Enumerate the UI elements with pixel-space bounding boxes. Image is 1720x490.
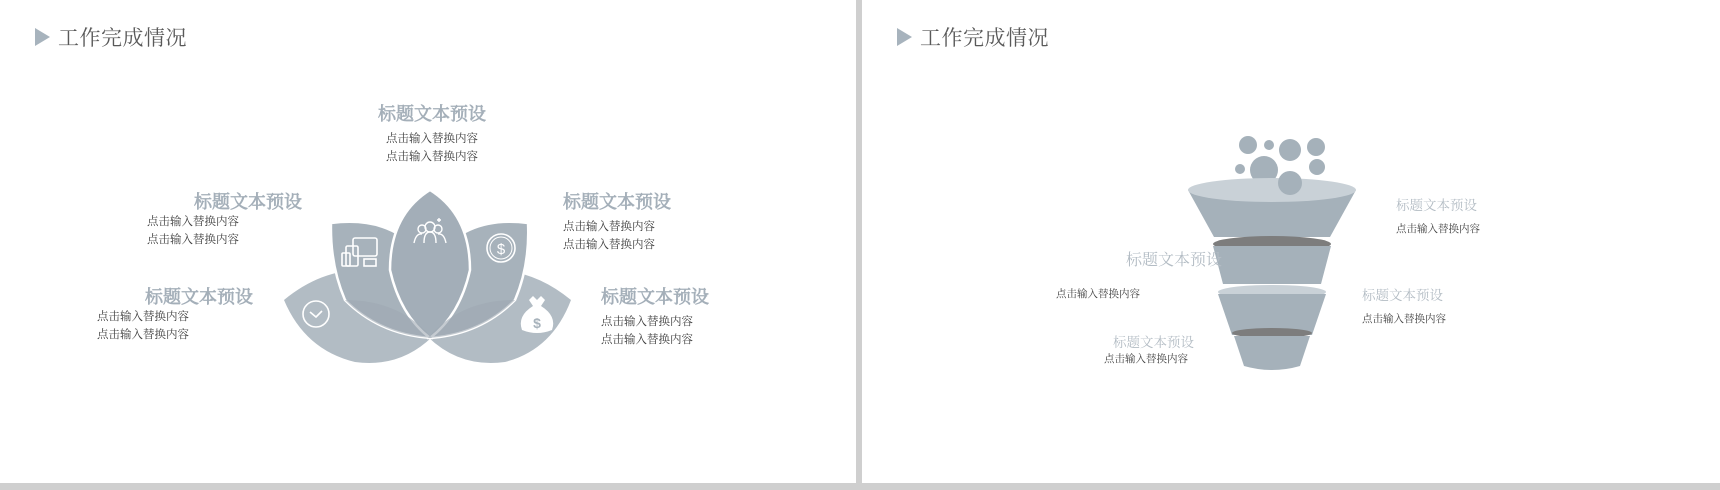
item-heading[interactable]: 标题文本预设 [1096, 247, 1222, 270]
funnel-section-2[interactable] [1213, 246, 1331, 284]
item-heading[interactable]: 标题文本预设 [96, 283, 253, 309]
slide-title-text[interactable]: 工作完成情况 [920, 22, 1049, 52]
lotus-diagram: $ $ [280, 185, 580, 370]
slide-funnel: 工作完成情况 标题文本预设 点击输入替换内容 [862, 0, 1720, 483]
text-block-lower-left[interactable]: 标题文本预设 [96, 283, 253, 309]
item-line[interactable]: 点击输入替换内容 [1104, 351, 1188, 366]
triangle-bullet-icon [897, 28, 912, 46]
item-line[interactable]: 点击输入替换内容 [147, 212, 239, 230]
funnel-label-lower-left-desc[interactable]: 点击输入替换内容 [1104, 351, 1188, 366]
svg-text:$: $ [497, 241, 506, 258]
text-block-upper-left-desc[interactable]: 点击输入替换内容 点击输入替换内容 [147, 212, 239, 248]
text-block-top[interactable]: 标题文本预设 点击输入替换内容 点击输入替换内容 [367, 100, 497, 165]
item-heading[interactable]: 标题文本预设 [1362, 284, 1446, 304]
slide-title: 工作完成情况 [897, 22, 1049, 52]
slide-title: 工作完成情况 [35, 22, 187, 52]
item-line[interactable]: 点击输入替换内容 [601, 330, 709, 348]
funnel-label-upper-right[interactable]: 标题文本预设 点击输入替换内容 [1396, 194, 1480, 236]
slide-lotus: 工作完成情况 标题文本预设 点击输入替换内容 点击输入替换内容 标题文本预设 点… [0, 0, 856, 483]
item-line[interactable]: 点击输入替换内容 [147, 230, 239, 248]
funnel-label-left-desc[interactable]: 点击输入替换内容 [1056, 286, 1140, 301]
funnel-label-left[interactable]: 标题文本预设 [1096, 247, 1222, 270]
funnel-label-right[interactable]: 标题文本预设 点击输入替换内容 [1362, 284, 1446, 326]
funnel-section-4[interactable] [1234, 336, 1310, 370]
item-heading[interactable]: 标题文本预设 [1094, 331, 1194, 351]
text-block-lower-left-desc[interactable]: 点击输入替换内容 点击输入替换内容 [97, 307, 189, 343]
svg-text:$: $ [533, 315, 541, 331]
item-line[interactable]: 点击输入替换内容 [601, 312, 709, 330]
item-line[interactable]: 点击输入替换内容 [1396, 221, 1480, 236]
item-heading[interactable]: 标题文本预设 [367, 100, 497, 126]
text-block-upper-left[interactable]: 标题文本预设 [146, 188, 302, 214]
item-line[interactable]: 点击输入替换内容 [1056, 286, 1140, 301]
item-heading[interactable]: 标题文本预设 [601, 283, 709, 309]
item-heading[interactable]: 标题文本预设 [146, 188, 302, 214]
item-line[interactable]: 点击输入替换内容 [367, 147, 497, 165]
item-line[interactable]: 点击输入替换内容 [367, 129, 497, 147]
funnel-label-lower-left[interactable]: 标题文本预设 [1094, 331, 1194, 351]
item-line[interactable]: 点击输入替换内容 [97, 325, 189, 343]
slide-title-text[interactable]: 工作完成情况 [58, 22, 187, 52]
text-block-lower-right[interactable]: 标题文本预设 点击输入替换内容 点击输入替换内容 [601, 283, 709, 348]
item-heading[interactable]: 标题文本预设 [1396, 194, 1480, 214]
item-line[interactable]: 点击输入替换内容 [1362, 311, 1446, 326]
item-line[interactable]: 点击输入替换内容 [97, 307, 189, 325]
triangle-bullet-icon [35, 28, 50, 46]
